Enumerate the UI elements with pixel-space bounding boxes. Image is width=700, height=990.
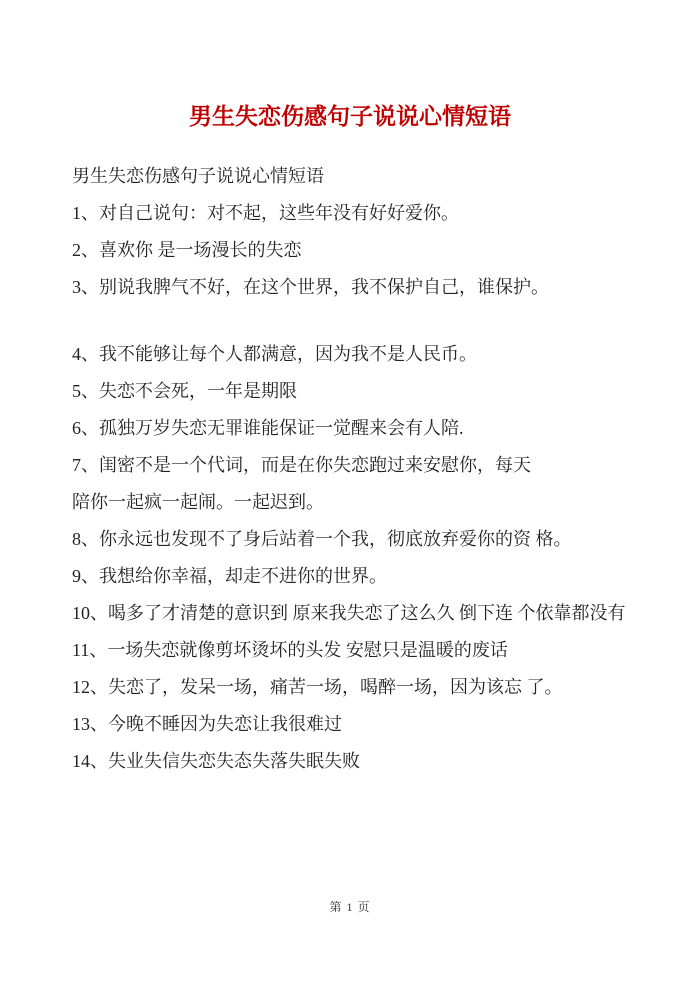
paragraph-line: 13、今晚不睡因为失恋让我很难过 bbox=[72, 714, 342, 734]
document-page: 男生失恋伤感句子说说心情短语 男生失恋伤感句子说说心情短语 1、对自己说句：对不… bbox=[0, 0, 700, 990]
paragraph-line: 7、闺密不是一个代词，而是在你失恋跑过来安慰你，每天 bbox=[72, 455, 531, 475]
paragraph-line: 5、失恋不会死，一年是期限 bbox=[72, 381, 297, 401]
paragraph-item-13: 13、今晚不睡因为失恋让我很难过 bbox=[72, 706, 634, 743]
paragraph-line: 陪你一起疯一起闹。一起迟到。 bbox=[72, 492, 324, 512]
paragraph-item-6: 6、孤独万岁失恋无罪谁能保证一觉醒来会有人陪. bbox=[72, 410, 634, 447]
paragraph-item-14: 14、失业失信失恋失态失落失眠失败 bbox=[72, 743, 634, 780]
paragraph-line: 了。 bbox=[527, 677, 563, 697]
paragraph-item-7: 7、闺密不是一个代词，而是在你失恋跑过来安慰你，每天 陪你一起疯一起闹。一起迟到… bbox=[72, 447, 634, 521]
paragraph-item-12: 12、失恋了，发呆一场，痛苦一场，喝醉一场，因为该忘 了。 bbox=[72, 669, 634, 706]
paragraph-line: 个依靠都没有 bbox=[518, 603, 626, 623]
paragraph-line: 9、我想给你幸福，却走不进你的世界。 bbox=[72, 566, 387, 586]
paragraph-item-9: 9、我想给你幸福，却走不进你的世界。 bbox=[72, 558, 634, 595]
paragraph-line: 格。 bbox=[536, 529, 572, 549]
paragraph-item-10: 10、喝多了才清楚的意识到 原来我失恋了这么久 倒下连 个依靠都没有 bbox=[72, 595, 634, 632]
paragraph-line: 男生失恋伤感句子说说心情短语 bbox=[72, 166, 324, 186]
paragraph-item-1: 1、对自己说句：对不起，这些年没有好好爱你。 bbox=[72, 195, 634, 232]
paragraph-item-11: 11、一场失恋就像剪坏烫坏的头发 安慰只是温暖的废话 bbox=[72, 632, 634, 669]
paragraph-line: 3、别说我脾气不好，在这个世界，我不保护自己，谁保护。 bbox=[72, 277, 549, 297]
paragraph-line: 4、我不能够让每个人都满意，因为我不是人民币。 bbox=[72, 344, 477, 364]
paragraph-item-2: 2、喜欢你 是一场漫长的失恋 bbox=[72, 232, 634, 269]
page-footer: 第 1 页 bbox=[0, 898, 700, 915]
document-body: 男生失恋伤感句子说说心情短语 1、对自己说句：对不起，这些年没有好好爱你。 2、… bbox=[0, 158, 700, 780]
paragraph-line: 2、喜欢你 是一场漫长的失恋 bbox=[72, 240, 302, 260]
paragraph-line: 10、喝多了才清楚的意识到 原来我失恋了这么久 倒下连 bbox=[72, 603, 513, 623]
document-title: 男生失恋伤感句子说说心情短语 bbox=[0, 103, 700, 131]
paragraph-item-3: 3、别说我脾气不好，在这个世界，我不保护自己，谁保护。 bbox=[72, 269, 634, 306]
paragraph-line: 12、失恋了，发呆一场，痛苦一场，喝醉一场，因为该忘 bbox=[72, 677, 522, 697]
paragraph-line: 8、你永远也发现不了身后站着一个我，彻底放弃爱你的资 bbox=[72, 529, 531, 549]
paragraph-line: 11、一场失恋就像剪坏烫坏的头发 安慰只是温暖的废话 bbox=[72, 640, 508, 660]
paragraph-line: 6、孤独万岁失恋无罪谁能保证一觉醒来会有人陪. bbox=[72, 418, 464, 438]
page-number: 第 1 页 bbox=[329, 900, 370, 914]
paragraph-line: 1、对自己说句：对不起，这些年没有好好爱你。 bbox=[72, 203, 459, 223]
paragraph-item-5: 5、失恋不会死，一年是期限 bbox=[72, 373, 634, 410]
paragraph-item-4: 4、我不能够让每个人都满意，因为我不是人民币。 bbox=[72, 336, 634, 373]
paragraph-item-8: 8、你永远也发现不了身后站着一个我，彻底放弃爱你的资 格。 bbox=[72, 521, 634, 558]
paragraph-subtitle: 男生失恋伤感句子说说心情短语 bbox=[72, 158, 634, 195]
paragraph-line: 14、失业失信失恋失态失落失眠失败 bbox=[72, 751, 360, 771]
